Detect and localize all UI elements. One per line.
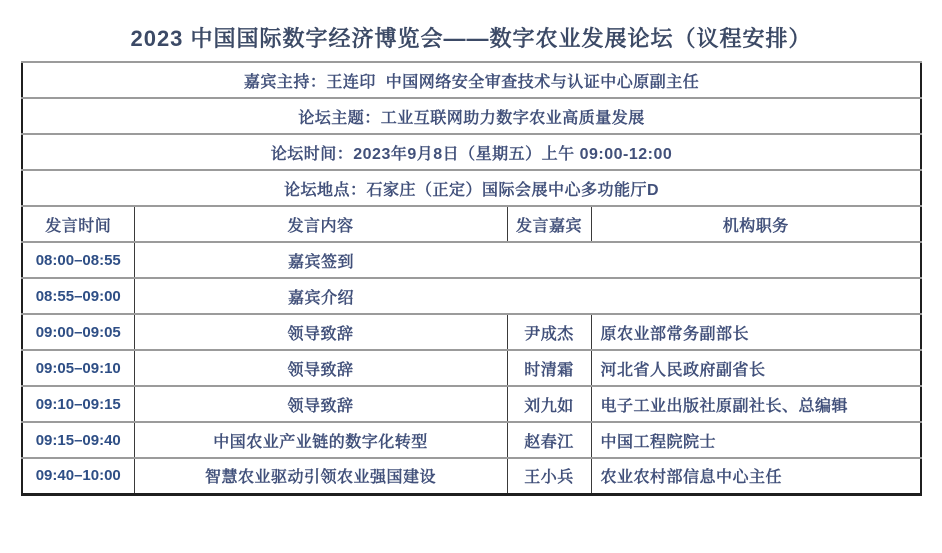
theme-text: 论坛主题：工业互联网助力数字农业高质量发展 (22, 98, 921, 134)
page-title: 2023 中国国际数字经济博览会——数字农业发展论坛（议程安排） (0, 22, 942, 53)
agenda-row-speech-2: 09:05–09:10 领导致辞 时清霜 河北省人民政府副省长 (22, 350, 921, 386)
info-row-theme: 论坛主题：工业互联网助力数字农业高质量发展 (22, 98, 921, 134)
time-cell: 09:15–09:40 (22, 422, 134, 458)
host-text: 嘉宾主持：王连印 中国网络安全审查技术与认证中心原副主任 (22, 62, 921, 98)
speaker-cell: 时清霜 (507, 350, 591, 386)
org-cell: 农业农村部信息中心主任 (591, 458, 921, 494)
content-text: 嘉宾签到 (135, 249, 508, 272)
time-cell: 09:05–09:10 (22, 350, 134, 386)
time-cell: 09:10–09:15 (22, 386, 134, 422)
time-cell: 08:55–09:00 (22, 278, 134, 314)
speaker-cell: 尹成杰 (507, 314, 591, 350)
content-cell: 中国农业产业链的数字化转型 (134, 422, 507, 458)
forum-location-text: 论坛地点：石家庄（正定）国际会展中心多功能厅D (22, 170, 921, 206)
org-cell: 中国工程院院士 (591, 422, 921, 458)
speaker-cell: 赵春江 (507, 422, 591, 458)
org-cell: 电子工业出版社原副社长、总编辑 (591, 386, 921, 422)
speaker-cell: 王小兵 (507, 458, 591, 494)
col-header-speech-content: 发言内容 (134, 206, 507, 242)
content-cell: 智慧农业驱动引领农业强国建设 (134, 458, 507, 494)
time-cell: 09:00–09:05 (22, 314, 134, 350)
agenda-row-keynote-1: 09:15–09:40 中国农业产业链的数字化转型 赵春江 中国工程院院士 (22, 422, 921, 458)
agenda-row-keynote-2: 09:40–10:00 智慧农业驱动引领农业强国建设 王小兵 农业农村部信息中心… (22, 458, 921, 494)
info-row-location: 论坛地点：石家庄（正定）国际会展中心多功能厅D (22, 170, 921, 206)
agenda-row-signin: 08:00–08:55 嘉宾签到 (22, 242, 921, 278)
time-cell: 09:40–10:00 (22, 458, 134, 494)
speaker-cell: 刘九如 (507, 386, 591, 422)
agenda-page: 2023 中国国际数字经济博览会——数字农业发展论坛（议程安排） 嘉宾主持：王连… (0, 0, 942, 553)
info-row-time: 论坛时间：2023年9月8日（星期五）上午 09:00-12:00 (22, 134, 921, 170)
content-cell: 领导致辞 (134, 386, 507, 422)
info-row-host: 嘉宾主持：王连印 中国网络安全审查技术与认证中心原副主任 (22, 62, 921, 98)
col-header-speech-time: 发言时间 (22, 206, 134, 242)
forum-time-text: 论坛时间：2023年9月8日（星期五）上午 09:00-12:00 (22, 134, 921, 170)
content-cell-merged: 嘉宾介绍 (134, 278, 921, 314)
content-cell-merged: 嘉宾签到 (134, 242, 921, 278)
agenda-table: 嘉宾主持：王连印 中国网络安全审查技术与认证中心原副主任 论坛主题：工业互联网助… (21, 61, 922, 496)
content-cell: 领导致辞 (134, 350, 507, 386)
col-header-org-title: 机构职务 (591, 206, 921, 242)
org-cell: 河北省人民政府副省长 (591, 350, 921, 386)
time-cell: 08:00–08:55 (22, 242, 134, 278)
col-header-speech-guest: 发言嘉宾 (507, 206, 591, 242)
content-cell: 领导致辞 (134, 314, 507, 350)
table-header-row: 发言时间 发言内容 发言嘉宾 机构职务 (22, 206, 921, 242)
agenda-row-speech-1: 09:00–09:05 领导致辞 尹成杰 原农业部常务副部长 (22, 314, 921, 350)
agenda-row-speech-3: 09:10–09:15 领导致辞 刘九如 电子工业出版社原副社长、总编辑 (22, 386, 921, 422)
org-cell: 原农业部常务副部长 (591, 314, 921, 350)
agenda-row-intro: 08:55–09:00 嘉宾介绍 (22, 278, 921, 314)
content-text: 嘉宾介绍 (135, 285, 508, 308)
